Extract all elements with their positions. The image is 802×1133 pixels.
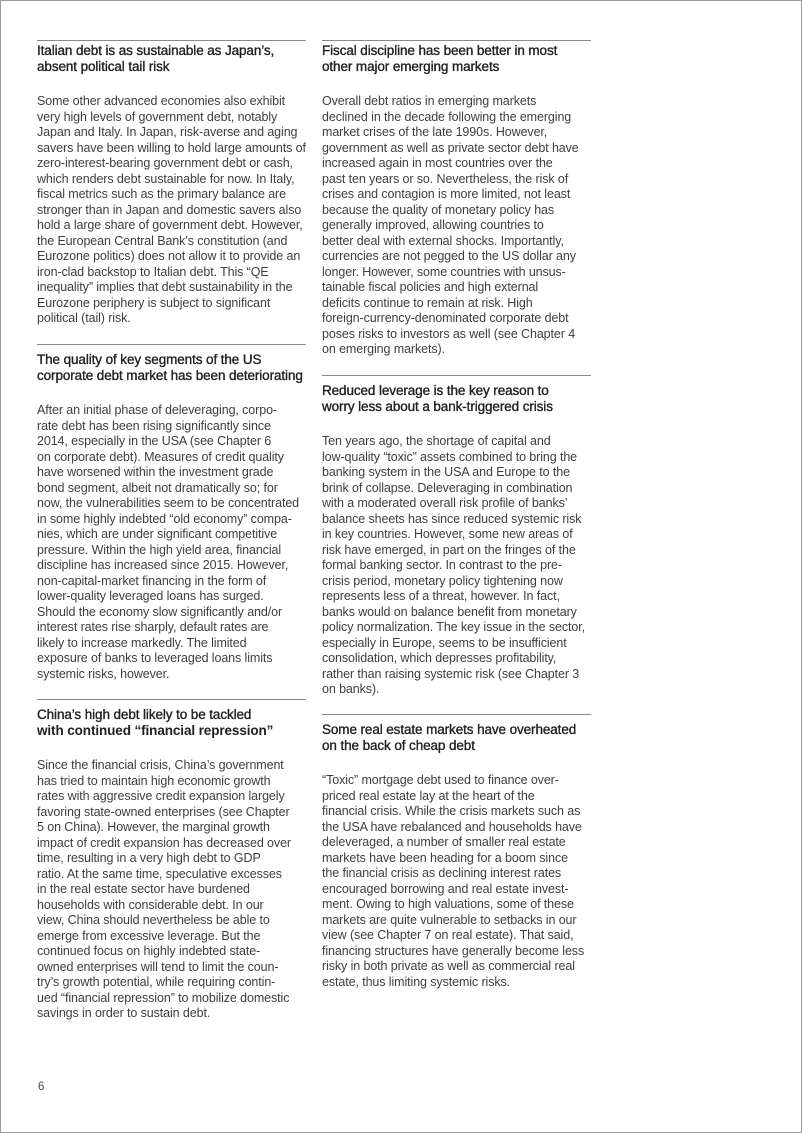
heading-line: worry less about a bank-triggered crisis xyxy=(322,399,591,415)
section-china-debt: China’s high debt likely to be tackled w… xyxy=(37,699,306,1022)
heading-line: Reduced leverage is the key reason to xyxy=(322,383,591,399)
section-body: Overall debt ratios in emerging markets … xyxy=(322,94,591,358)
section-body: After an initial phase of deleveraging, … xyxy=(37,403,306,682)
section-heading: Fiscal discipline has been better in mos… xyxy=(322,41,591,75)
heading-line: Some real estate markets have overheated xyxy=(322,722,591,738)
heading-line: corporate debt market has been deteriora… xyxy=(37,368,306,384)
section-italian-debt: Italian debt is as sustainable as Japan’… xyxy=(37,40,306,327)
heading-line: The quality of key segments of the US xyxy=(37,352,306,368)
heading-line: Italian debt is as sustainable as Japan’… xyxy=(37,43,306,59)
section-body: “Toxic” mortgage debt used to finance ov… xyxy=(322,773,591,990)
heading-line: on the back of cheap debt xyxy=(322,738,591,754)
page-number: 6 xyxy=(38,1081,44,1093)
section-body: Ten years ago, the shortage of capital a… xyxy=(322,434,591,698)
heading-line: other major emerging markets xyxy=(322,59,591,75)
section-real-estate: Some real estate markets have overheated… xyxy=(322,714,591,990)
section-bank-leverage: Reduced leverage is the key reason to wo… xyxy=(322,375,591,698)
section-heading: The quality of key segments of the US co… xyxy=(37,345,306,384)
section-heading: Some real estate markets have overheated… xyxy=(322,715,591,754)
heading-line: Fiscal discipline has been better in mos… xyxy=(322,43,591,59)
heading-line: absent political tail risk xyxy=(37,59,306,75)
section-us-corporate-debt: The quality of key segments of the US co… xyxy=(37,344,306,682)
section-heading: China’s high debt likely to be tackled w… xyxy=(37,700,306,739)
section-heading: Italian debt is as sustainable as Japan’… xyxy=(37,41,306,75)
section-body: Since the financial crisis, China’s gove… xyxy=(37,758,306,1022)
heading-line: China’s high debt likely to be tackled xyxy=(37,707,306,723)
section-heading: Reduced leverage is the key reason to wo… xyxy=(322,376,591,415)
heading-line: with continued “financial repression” xyxy=(37,723,306,739)
section-emerging-markets-fiscal: Fiscal discipline has been better in mos… xyxy=(322,40,591,358)
section-body: Some other advanced economies also exhib… xyxy=(37,94,306,327)
document-page: Italian debt is as sustainable as Japan’… xyxy=(0,0,802,1133)
